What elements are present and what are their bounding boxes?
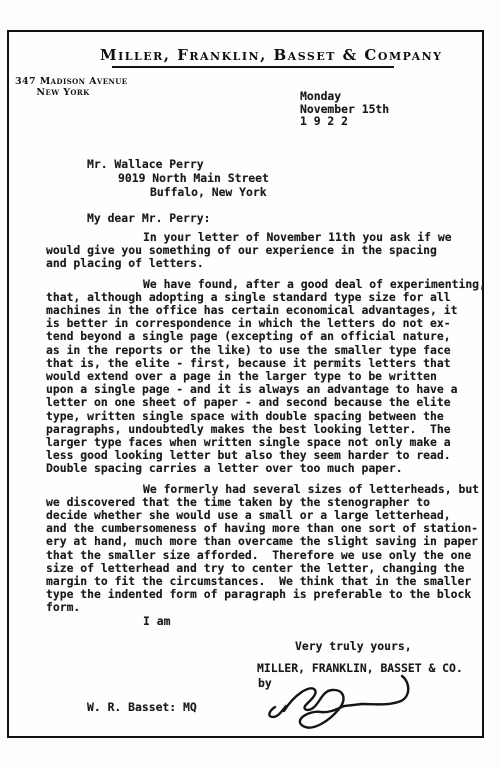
- recipient-street: 9019 North Main Street: [118, 172, 269, 186]
- recipient-city: Buffalo, New York: [150, 186, 269, 200]
- letterhead-street: 347 Madison Avenue: [15, 77, 115, 88]
- recipient-address-block: Mr. Wallace Perry 9019 North Main Street…: [87, 158, 269, 200]
- signature-scrawl-icon: [260, 671, 420, 737]
- recipient-name: Mr. Wallace Perry: [87, 158, 269, 172]
- salutation: My dear Mr. Perry:: [87, 212, 210, 225]
- body-paragraph-2: We have found, after a good deal of expe…: [46, 278, 484, 476]
- scanned-letter-page: Miller, Franklin, Basset & Company 347 M…: [0, 0, 500, 770]
- letterhead-company-name: Miller, Franklin, Basset & Company: [100, 46, 400, 64]
- letterhead-office-address: 347 Madison Avenue New York: [15, 77, 115, 98]
- closing-phrase: I am: [143, 615, 170, 628]
- date-block: Monday November 15th 1 9 2 2: [300, 90, 389, 128]
- body-paragraph-1: In your letter of November 11th you ask …: [46, 231, 484, 271]
- letterhead-underline: [112, 66, 394, 68]
- letterhead-city: New York: [15, 88, 111, 99]
- typist-initials-reference: W. R. Basset: MQ: [87, 701, 197, 714]
- valediction: Very truly yours,: [295, 640, 412, 653]
- body-paragraph-3: We formerly had several sizes of letterh…: [46, 483, 484, 615]
- letter-body: In your letter of November 11th you ask …: [46, 231, 484, 622]
